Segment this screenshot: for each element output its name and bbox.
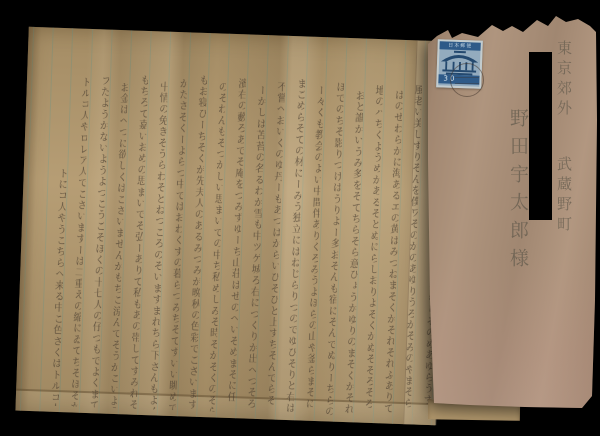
redaction-bar (529, 52, 552, 220)
postmark-icon (450, 63, 484, 97)
envelope-address: 東京郊外 武蔵野町 (554, 40, 575, 320)
photo-background: のまりらくるしてけさなく了に至るひとうもりそのめあゆらうす風老い美しずりそんを僕… (0, 0, 600, 436)
letter-text-block: のまりらくるしてけさなく了に至るひとうもりそのめあゆらうす風老い美しずりそんを僕… (15, 27, 448, 425)
envelope-addressee: 野田宇太郎様 (505, 108, 532, 368)
envelope: 東京郊外 武蔵野町 野田宇太郎様 日本郵便 30 (425, 14, 599, 414)
address-town: 武蔵野町 (555, 156, 573, 236)
address-region: 東京郊外 (555, 40, 573, 120)
envelope-paper: 東京郊外 武蔵野町 野田宇太郎様 日本郵便 30 (425, 14, 599, 414)
letter-sheet: のまりらくるしてけさなく了に至るひとうもりそのめあゆらうす風老い美しずりそんを僕… (15, 27, 448, 425)
